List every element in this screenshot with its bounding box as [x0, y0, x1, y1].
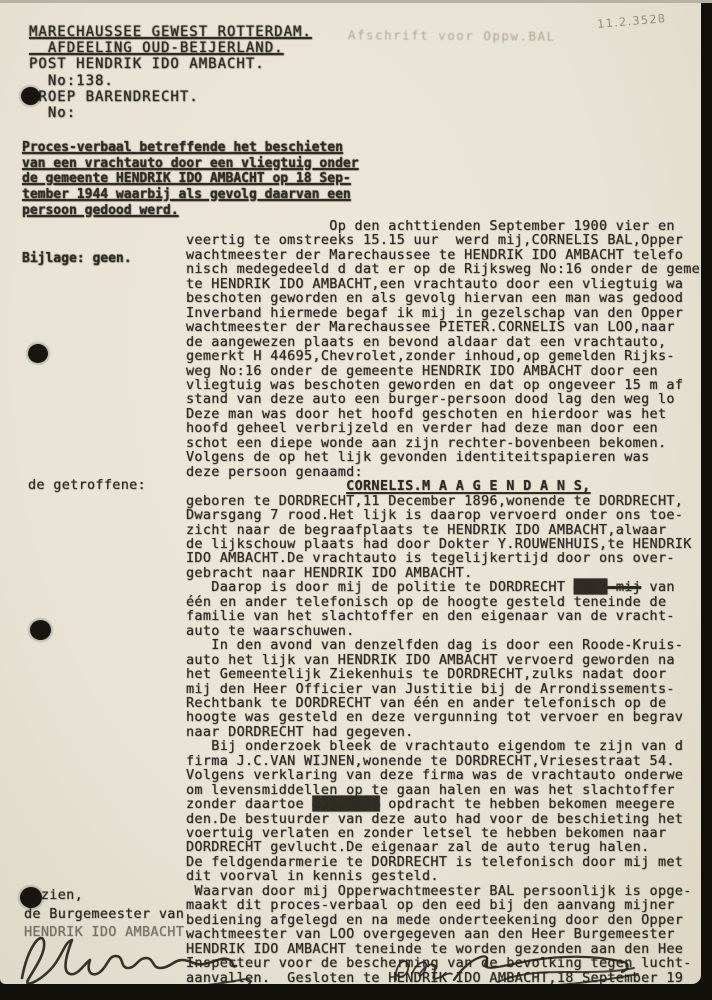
- text-line: hoofd geheel verbrijzeld en verder had d…: [186, 421, 701, 435]
- body-text: Op den achttienden September 1900 vier e…: [186, 219, 701, 984]
- text-line: gemerkt H 44695,Chevrolet,zonder inhoud,…: [186, 349, 701, 363]
- text-line: Dwarsgang 7 rood.Het lijk is daarop verv…: [186, 508, 701, 522]
- letterhead: MARECHAUSSEE GEWEST ROTTERDAM. AFDEELING…: [29, 24, 312, 121]
- text-line: het Gemeentelijk Ziekenhuis te DORDRECHT…: [186, 667, 701, 681]
- text-line: den.De bestuurder van deze auto had voor…: [186, 812, 701, 826]
- punch-hole: [28, 344, 48, 363]
- text-line: nisch medegedeeld d dat er op de Rijkswe…: [186, 262, 701, 276]
- text-line: auto het lijk van HENDRIK IDO AMBACHT ve…: [186, 653, 701, 667]
- text-line: AFDEELING OUD-BEIJERLAND.: [29, 40, 312, 56]
- punch-hole: [20, 887, 42, 908]
- text-line: persoon gedood werd.: [22, 203, 359, 219]
- text-line: auto te waarschuwen.: [186, 624, 701, 638]
- punch-hole: [30, 620, 51, 640]
- text-line: de gemeente HENDRIK IDO AMBACHT op 18 Se…: [22, 171, 359, 187]
- text-line: MARECHAUSSEE GEWEST ROTTERDAM.: [29, 24, 312, 40]
- text-line: veertig te omstreeks 15.15 uur werd mij,…: [186, 233, 701, 247]
- text-line: familie van het slachtoffer en den eigen…: [186, 609, 701, 623]
- text-line: Inverband hiermede begaf ik mij in gezel…: [186, 306, 701, 320]
- text-line: CORNELIS.M A A G E N D A N S,: [186, 479, 701, 493]
- text-line: GROEP BARENDRECHT.: [29, 89, 312, 105]
- signature-burgemeester: [8, 920, 278, 984]
- text-line: om levensmiddellen op te gaan halen en w…: [186, 783, 701, 797]
- text-line: Daarop is door mij de politie te DORDREC…: [186, 580, 701, 594]
- text-line: wachtmeester der Marechaussee PIETER.COR…: [186, 320, 701, 334]
- copy-stamp: Afschrift voor Oppw.BAL: [348, 27, 556, 43]
- text-line: hoogte was gesteld en deze vergunning to…: [186, 710, 701, 724]
- text-line: tember 1944 waarbij als gevolg daarvan e…: [22, 187, 359, 203]
- text-line: POST HENDRIK IDO AMBACHT.: [29, 56, 312, 72]
- text-line: van een vrachtauto door een vliegtuig on…: [22, 156, 359, 172]
- text-line: Volgens de op het lijk gevonden identite…: [186, 450, 701, 464]
- document-page: MARECHAUSSEE GEWEST ROTTERDAM. AFDEELING…: [0, 0, 701, 984]
- text-line: dit voorval in kennis gesteld.: [186, 869, 701, 883]
- punch-hole: [21, 87, 40, 105]
- text-line: Proces-verbaal betreffende het beschiete…: [22, 140, 359, 156]
- text-line: weg No:16 onder de gemeente HENDRIK IDO …: [186, 364, 701, 378]
- signature-burgemeester-ink: [8, 920, 278, 984]
- signature-van-loo: [438, 942, 648, 984]
- text-line: In den avond van denzelfden dag is door …: [186, 638, 701, 652]
- text-line: Gezien,: [24, 886, 184, 905]
- text-line: DORDRECHT gevlucht.De eigenaar zal de au…: [186, 840, 701, 854]
- text-line: maakt dit proces-verbaal op den eed bij …: [186, 898, 701, 912]
- victim-label: de getroffene:: [28, 477, 146, 493]
- text-line: IDO AMBACHT.De vrachtauto is tegelijkert…: [186, 551, 701, 565]
- subject-lines: Proces-verbaal betreffende het beschiete…: [22, 140, 359, 218]
- text-line: Volgens verklaring van deze firma was de…: [186, 768, 701, 782]
- text-line: geboren te DORDRECHT,11 December 1896,wo…: [186, 494, 701, 508]
- scan-edge-top: [0, 0, 712, 3]
- text-line: zicht naar de begraafplaats te HENDRIK I…: [186, 523, 701, 537]
- text-line: deze persoon genaamd:: [186, 465, 701, 479]
- text-line: beschoten geworden en als gevolg hiervan…: [186, 291, 701, 305]
- scanned-document: { "colors": { "paper": "#e8e3d5", "ink":…: [0, 0, 712, 1000]
- text-line: de aangewezen plaats en bevond aldaar da…: [186, 335, 701, 349]
- text-line: mij den Heer Officier van Justitie bij d…: [186, 682, 701, 696]
- text-line: Bij onderzoek bleek de vrachtauto eigend…: [186, 739, 701, 753]
- text-line: zonder daartoe ████████ opdracht te hebb…: [186, 797, 701, 811]
- text-line: stand van deze auto een burger-persoon d…: [186, 392, 701, 406]
- text-line: No:138.: [29, 73, 312, 89]
- signature-van-loo-ink: [438, 942, 648, 984]
